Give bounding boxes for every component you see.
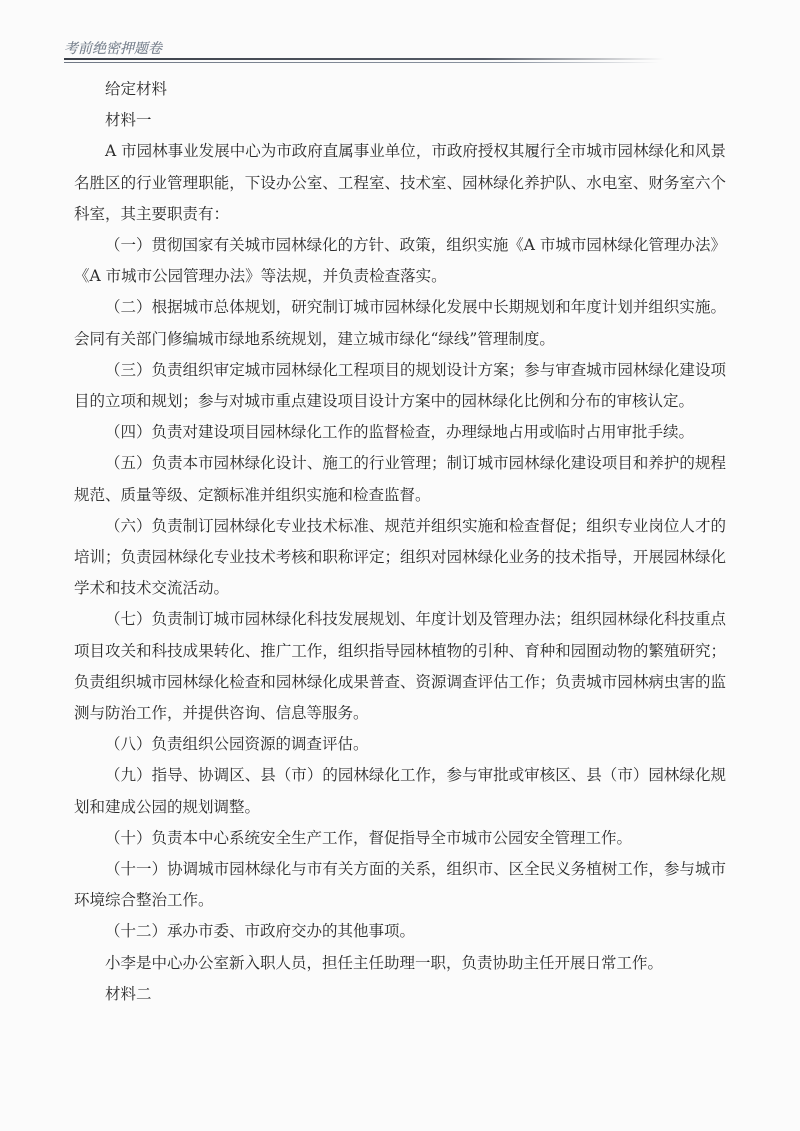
closing-paragraph: 小李是中心办公室新入职人员，担任主任助理一职，负责协助主任开展日常工作。 [74, 948, 726, 979]
duty-item: （六）负责制订园林绿化专业技术标准、规范并组织实施和检查督促；组织专业岗位人才的… [74, 511, 726, 605]
duty-item: （九）指导、协调区、县（市）的园林绿化工作，参与审批或审核区、县（市）园林绿化规… [74, 760, 726, 822]
material-1-title: 材料一 [74, 105, 726, 136]
header-title: 考前绝密押题卷 [64, 41, 162, 57]
material-2-title: 材料二 [74, 979, 726, 1010]
section-title: 给定材料 [74, 74, 726, 105]
page-header: 考前绝密押题卷 [64, 38, 274, 58]
intro-paragraph: A 市园林事业发展中心为市政府直属事业单位，市政府授权其履行全市城市园林绿化和风… [74, 136, 726, 230]
duty-item: （三）负责组织审定城市园林绿化工程项目的规划设计方案；参与审查城市园林绿化建设项… [74, 355, 726, 417]
duty-item: （十）负责本中心系统安全生产工作，督促指导全市城市公园安全管理工作。 [74, 823, 726, 854]
duty-item: （五）负责本市园林绿化设计、施工的行业管理；制订城市园林绿化建设项目和养护的规程… [74, 448, 726, 510]
header-rule-thick [64, 58, 664, 60]
document-body: 给定材料 材料一 A 市园林事业发展中心为市政府直属事业单位，市政府授权其履行全… [74, 74, 726, 1010]
duty-item: （十二）承办市委、市政府交办的其他事项。 [74, 916, 726, 947]
duty-item: （七）负责制订城市园林绿化科技发展规划、年度计划及管理办法；组织园林绿化科技重点… [74, 604, 726, 729]
duty-item: （一）贯彻国家有关城市园林绿化的方针、政策，组织实施《A 市城市园林绿化管理办法… [74, 230, 726, 292]
duty-item: （八）负责组织公园资源的调查评估。 [74, 729, 726, 760]
duty-item: （二）根据城市总体规划，研究制订城市园林绿化发展中长期规划和年度计划并组织实施。… [74, 292, 726, 354]
header-rule-thin [64, 62, 659, 63]
duty-item: （四）负责对建设项目园林绿化工作的监督检查，办理绿地占用或临时占用审批手续。 [74, 417, 726, 448]
duty-item: （十一）协调城市园林绿化与市有关方面的关系，组织市、区全民义务植树工作，参与城市… [74, 854, 726, 916]
